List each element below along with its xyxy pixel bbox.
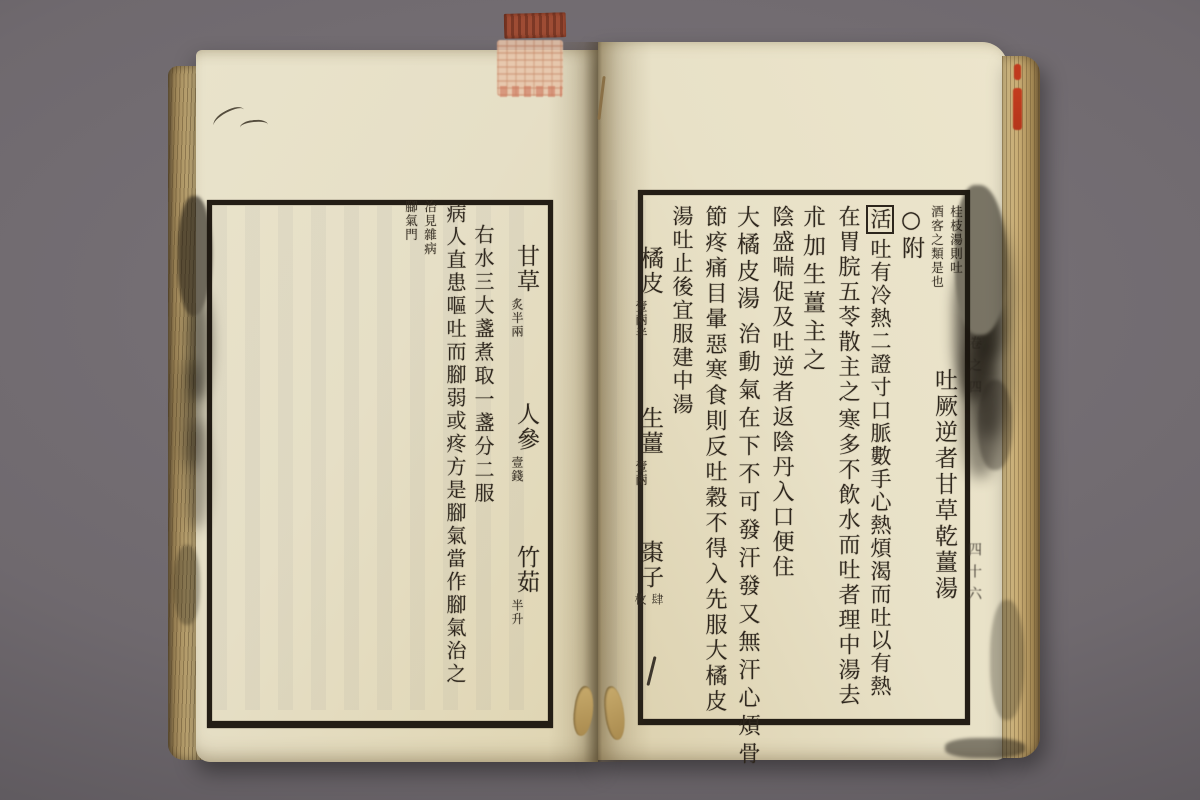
ink-bleed-smudge: [990, 600, 1024, 720]
ingredient-item: 棗子 肆 枚: [634, 540, 664, 605]
text-column-reference-note: 治見雜病 腳氣門: [405, 200, 435, 256]
text-column-ingredients-left: 甘草 炙半兩 人參 壹錢 竹茹 半升: [510, 203, 540, 713]
text-column-ingredients-right: 橘皮 壹兩半 生薑 壹兩 棗子 肆 枚: [634, 205, 664, 705]
ink-bleed-smudge: [174, 545, 200, 625]
column-text: 吐有冷熱二證寸口脈數手心熱煩渴而吐以有熱: [868, 238, 892, 698]
ingredient-item: 人參 壹錢: [510, 402, 540, 483]
quantity-line: 肆: [649, 593, 666, 605]
note-line: 治見雜病: [421, 200, 439, 256]
text-column-symptoms: 節疼痛目暈惡寒食則反吐穀不得入先服大橘皮: [700, 205, 730, 705]
folio-number: 四十六: [964, 542, 984, 608]
column-text: 治動氣在下不可發汗發又無汗心煩骨: [733, 322, 763, 770]
column-text: 節疼痛目暈惡寒食則反吐穀不得入先服大橘皮: [700, 205, 730, 715]
text-column-beriberi-caution: 病人直患嘔吐而腳弱或疼方是腳氣當作腳氣治之: [440, 203, 470, 713]
left-page: 甘草 炙半兩 人參 壹錢 竹茹 半升 右水三大盞煮取一盞分二服 病人直患嘔吐而腳…: [196, 50, 598, 762]
column-text: 陰盛喘促及吐逆者返陰丹入口便住: [766, 205, 796, 580]
ingredient-name: 棗子: [634, 540, 667, 590]
column-text: 病人直患嘔吐而腳弱或疼方是腳氣當作腳氣治之: [440, 203, 470, 686]
column-text: 寒多不飲水而吐者理中湯去: [832, 408, 862, 708]
text-column-decoction-method: 右水三大盞煮取一盞分二服: [468, 203, 498, 713]
ingredient-item: 竹茹 半升: [510, 545, 540, 626]
ink-scratch-mark: [239, 119, 268, 134]
note-line: 腳氣門: [402, 200, 420, 256]
column-text: 在胃脘五苓散主之: [832, 205, 862, 405]
column-text: 湯吐止後宜服建中湯: [667, 205, 697, 417]
ingredient-item: 生薑 壹兩: [634, 406, 664, 487]
text-column-huorenshu-citation: 活吐有冷熱二證寸口脈數手心熱煩渴而吐以有熱: [865, 205, 895, 705]
column-text: 右水三大盞煮取一盞分二服: [468, 224, 498, 506]
ingredient-item: 甘草 炙半兩: [510, 244, 540, 339]
ingredient-quantity: 肆 枚: [634, 593, 664, 605]
quantity-line: 枚: [632, 593, 649, 605]
ingredient-quantity: 炙半兩: [510, 298, 524, 339]
column-text: 朮加生薑主之: [799, 205, 829, 376]
left-text-frame: [207, 200, 553, 728]
text-column-dajupitang-title: 大橘皮湯 治動氣在下不可發汗發又無汗心煩骨: [733, 205, 763, 705]
column-text: ○附: [898, 207, 928, 262]
text-column-wulingsan: 在胃脘五苓散主之 寒多不飲水而吐者理中湯去: [832, 205, 862, 705]
ingredient-quantity: 壹錢: [510, 456, 524, 483]
ingredient-name: 生薑: [634, 406, 667, 456]
ink-bleed-smudge: [945, 738, 1025, 758]
ingredient-name: 人參: [510, 402, 543, 452]
red-edge-mark: [1014, 64, 1021, 80]
ingredient-item: 橘皮 壹兩半: [634, 246, 664, 341]
column-text: 大橘皮湯: [733, 205, 763, 313]
red-edge-mark: [1013, 88, 1022, 130]
double-line-note: 治見雜病 腳氣門: [405, 200, 435, 256]
ingredient-name: 甘草: [510, 244, 543, 294]
ingredient-name: 竹茹: [510, 545, 543, 595]
column-text: 吐厥逆者甘草乾薑湯: [931, 368, 961, 602]
ingredient-name: 橘皮: [634, 246, 667, 296]
ingredient-quantity: 半升: [510, 599, 524, 626]
book-photograph: 甘草 炙半兩 人參 壹錢 竹茹 半升 右水三大盞煮取一盞分二服 病人直患嘔吐而腳…: [0, 0, 1200, 800]
red-seal-text-row: [500, 86, 562, 97]
right-page: 桂枝湯則吐 酒客之類是也 吐厥逆者甘草乾薑湯 ○附 活吐有冷熱二證寸口脈數手心熱…: [598, 42, 1008, 760]
fold-volume-caption: 卷之四: [964, 336, 983, 402]
note-line: 酒客之類是也: [928, 205, 946, 289]
red-seal-band: [504, 12, 567, 39]
boxed-source-char: 活: [866, 205, 894, 234]
ingredient-quantity: 壹兩: [634, 460, 648, 487]
ink-bleed-smudge: [978, 380, 1012, 470]
ingredient-quantity: 壹兩半: [634, 300, 648, 341]
ink-bleed-smudge: [955, 185, 1007, 335]
